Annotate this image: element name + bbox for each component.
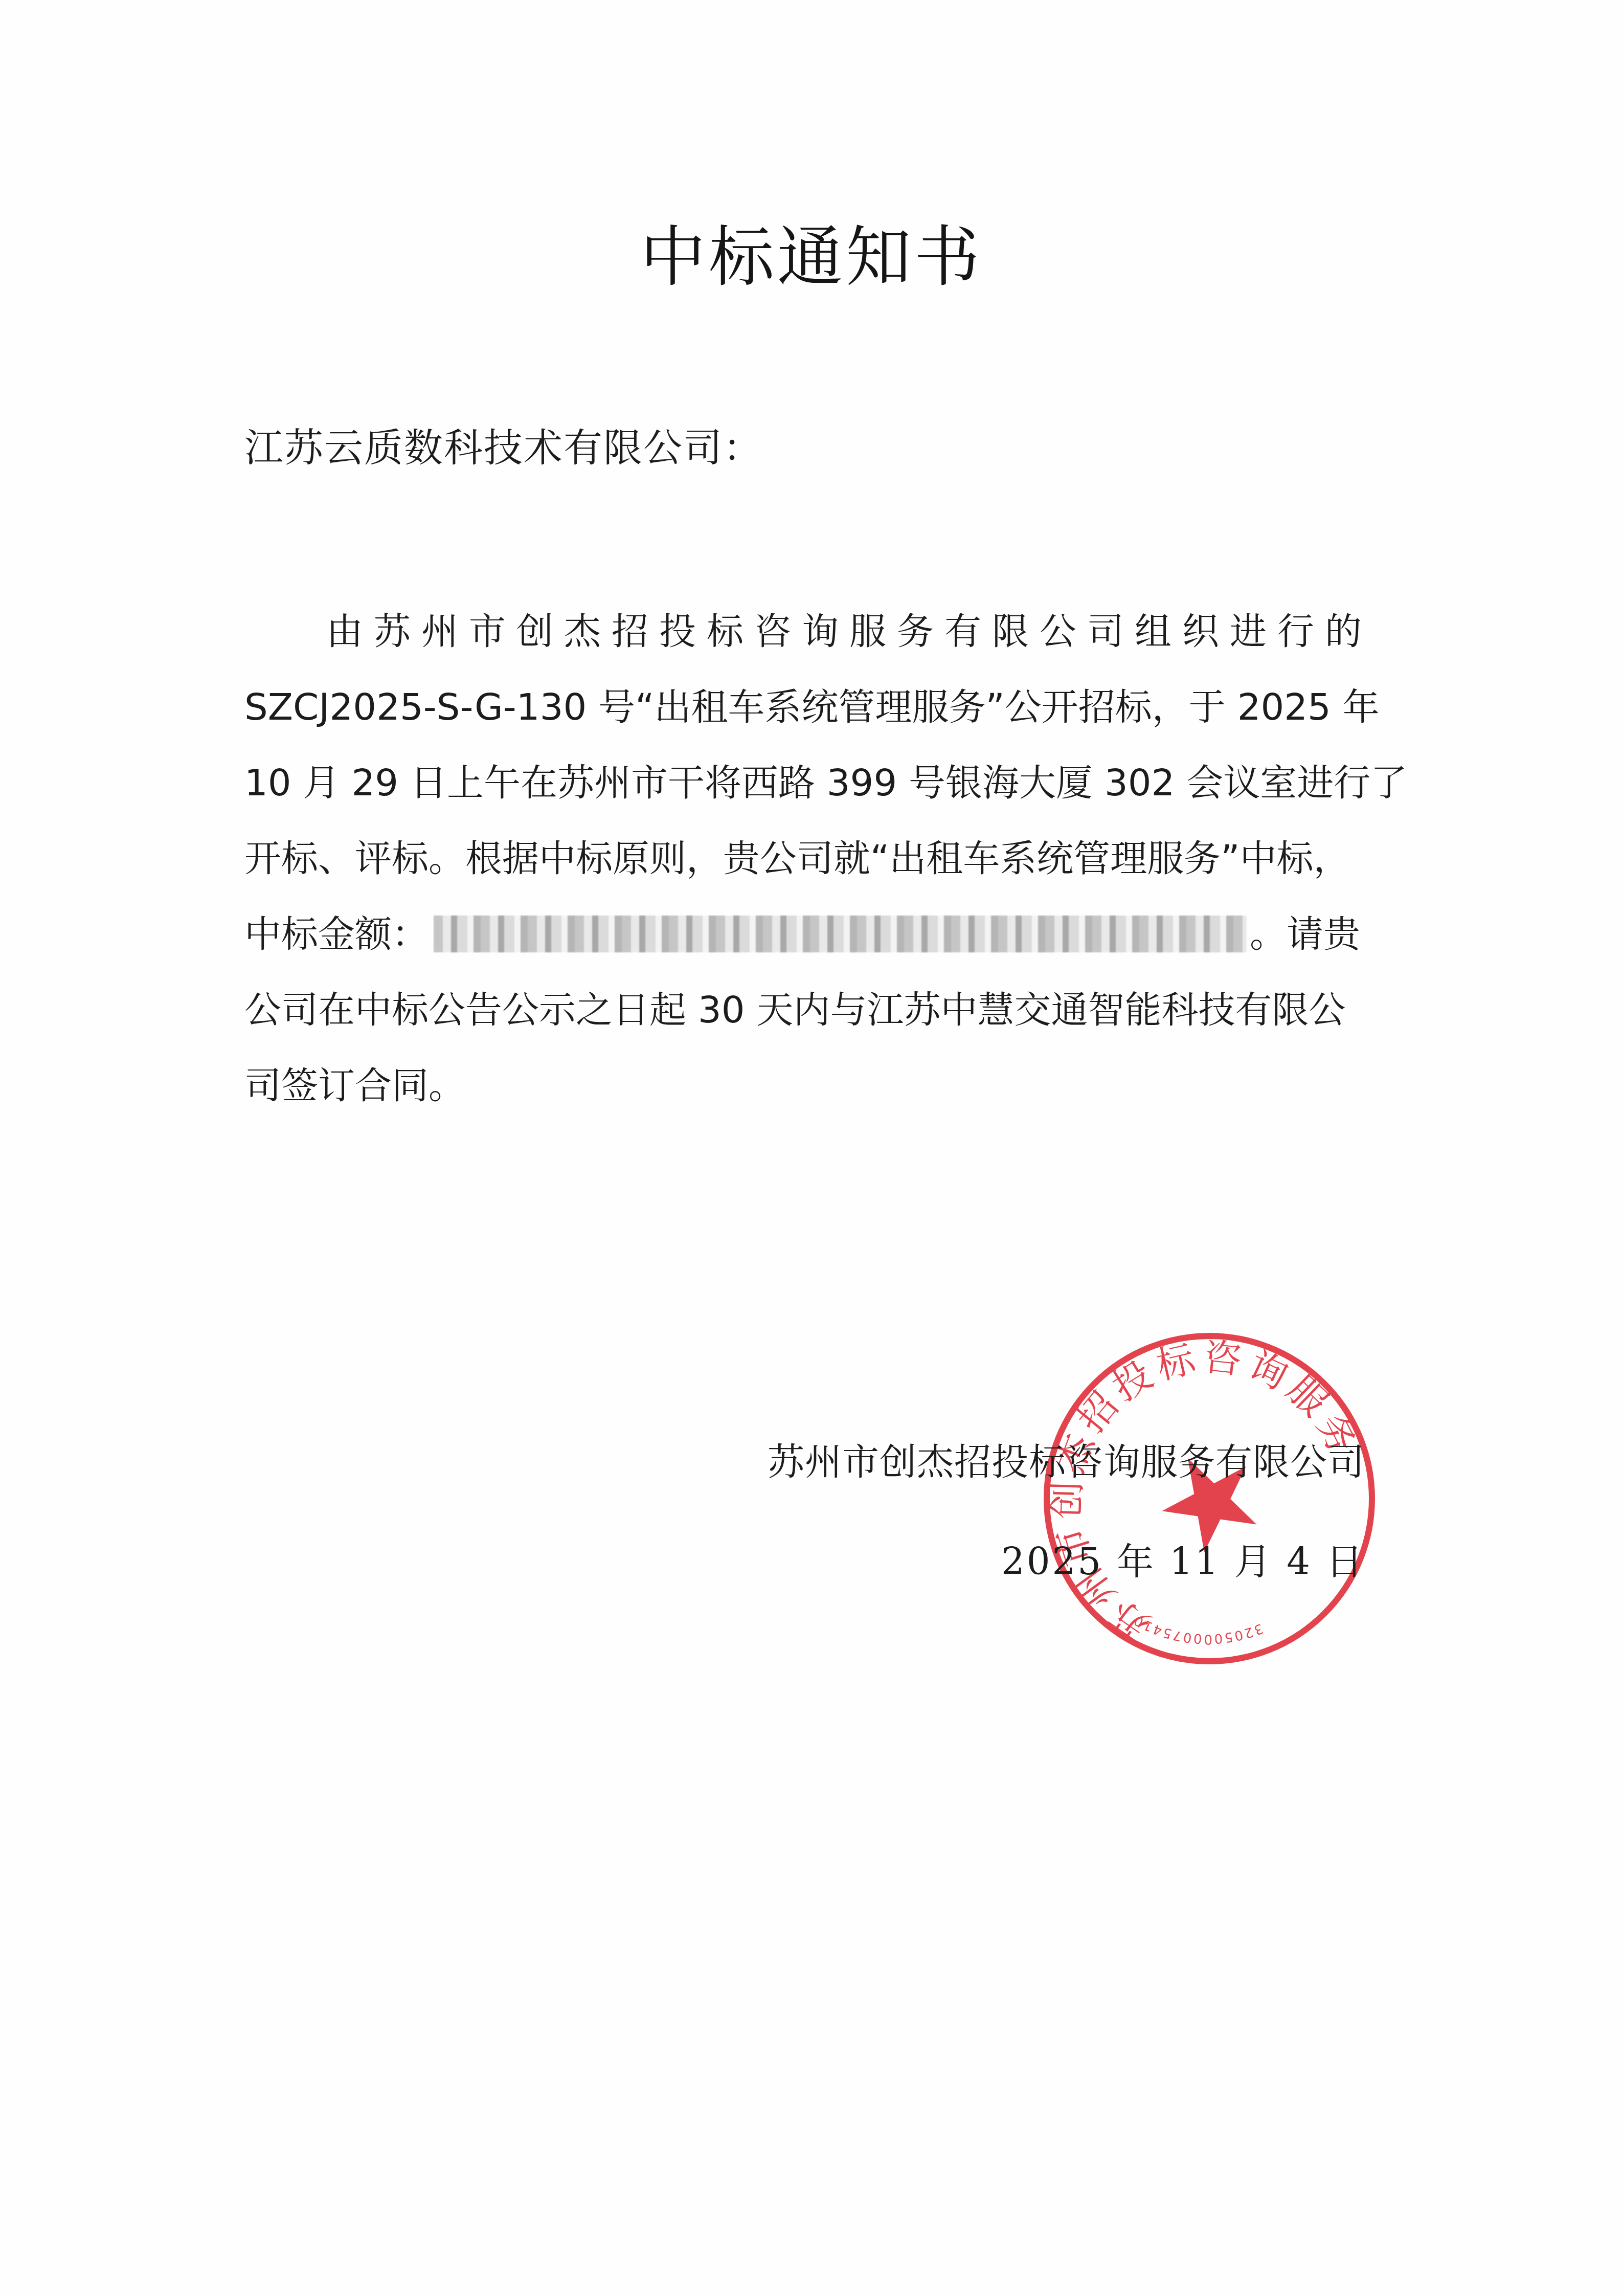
body-line-2: SZCJ2025-S-G-130 号“出租车系统管理服务”公开招标，于 2025…	[244, 669, 1369, 745]
notice-body: 由苏州市创杰招投标咨询服务有限公司组织进行的 SZCJ2025-S-G-130 …	[244, 593, 1369, 1123]
body-line-3: 10 月 29 日上午在苏州市干将西路 399 号银海大厦 302 会议室进行了	[244, 745, 1369, 820]
official-seal: 苏州市创杰招投标咨询服务有限公司 3205000075410	[1035, 1325, 1383, 1673]
issuer-signature: 苏州市创杰招投标咨询服务有限公司	[768, 1432, 1365, 1485]
body-line-4: 开标、评标。根据中标原则，贵公司就“出租车系统管理服务”中标，	[244, 820, 1369, 896]
body-line-1: 由苏州市创杰招投标咨询服务有限公司组织进行的	[244, 593, 1369, 669]
document-page: 中标通知书 江苏云质数科技术有限公司： 由苏州市创杰招投标咨询服务有限公司组织进…	[0, 0, 1623, 2296]
document-title: 中标通知书	[0, 205, 1623, 299]
seal-icon: 苏州市创杰招投标咨询服务有限公司 3205000075410	[1035, 1325, 1383, 1673]
body-line-7: 司签订合同。	[244, 1047, 1369, 1123]
amount-suffix: 。请贵	[1250, 906, 1360, 962]
amount-line: 中标金额： 。请贵	[244, 896, 1369, 972]
recipient-salutation: 江苏云质数科技术有限公司：	[244, 417, 763, 473]
redacted-amount	[434, 916, 1247, 952]
body-line-6: 公司在中标公告公示之日起 30 天内与江苏中慧交通智能科技有限公	[244, 972, 1369, 1047]
issue-date: 2025 年 11 月 4 日	[1001, 1532, 1365, 1585]
amount-label: 中标金额：	[244, 906, 429, 962]
